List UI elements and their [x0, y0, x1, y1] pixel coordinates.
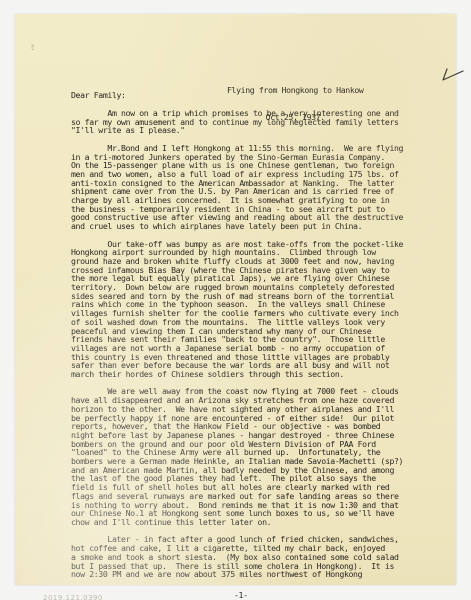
letter-page: ﾋ Flying from Hongkong to Hankow Oct.25,… — [15, 14, 456, 585]
paragraph: Our take-off was bumpy as are most take-… — [71, 240, 403, 379]
paragraph: Mr.Bond and I left Hongkong at 11:55 thi… — [71, 144, 403, 231]
text-line: "I'll write as I please." — [71, 126, 403, 135]
archive-stamp: 2019.121.0390 — [43, 594, 103, 600]
check-mark-icon — [439, 66, 467, 82]
corner-pencil-mark: ﾋ — [31, 42, 35, 52]
text-line: and cruel uses to which airplanes have l… — [71, 222, 403, 231]
paragraph: Later - in fact after a good lunch of fr… — [71, 535, 403, 579]
text-line: chow and I'll continue this letter later… — [71, 518, 403, 527]
letter-body: Am now on a trip which promises to be a … — [71, 109, 403, 588]
page-number: -1- — [234, 591, 248, 600]
salutation: Dear Family: — [71, 91, 126, 100]
text-line: march their hordes of Chinese soldiers t… — [71, 370, 403, 379]
paragraph: We are well away from the coast now flyi… — [71, 387, 403, 526]
paragraph: Am now on a trip which promises to be a … — [71, 109, 403, 135]
letter-title: Flying from Hongkong to Hankow — [227, 86, 363, 95]
text-line: now 2:30 PM and we are now about 375 mil… — [71, 570, 403, 579]
